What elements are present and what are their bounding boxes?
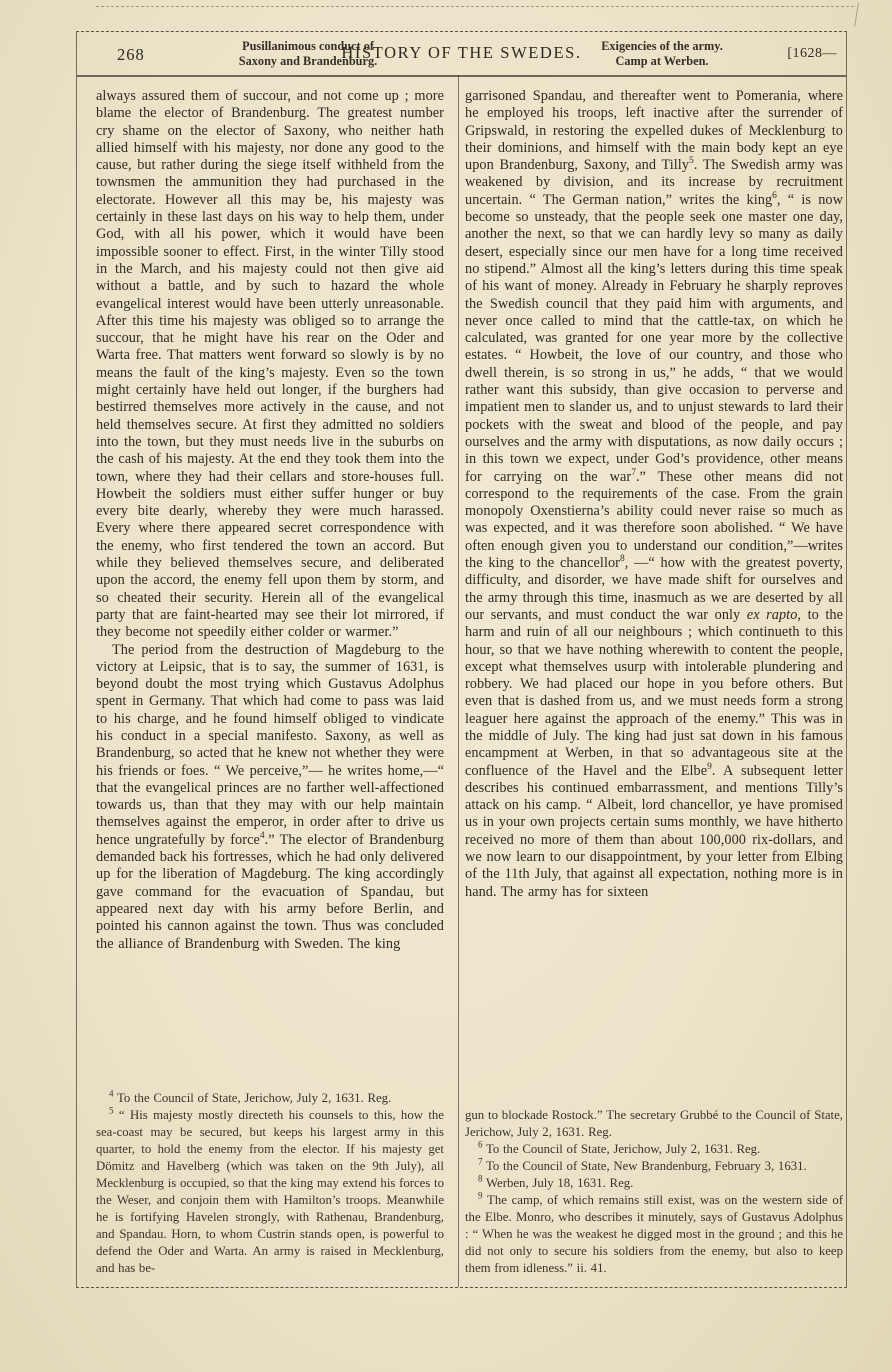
body-paragraph: always assured them of succour, and not … [96, 88, 444, 642]
footnote-text: gun to blockade Rostock.” The secretary … [465, 1108, 843, 1139]
page-frame: 268 Pusillanimous conduct of Saxony and … [76, 31, 847, 1288]
footnote-text: To the Council of State, Jerichow, July … [483, 1142, 761, 1156]
footnote-text: The camp, of which remains still exist, … [465, 1193, 843, 1275]
footnote-item: gun to blockade Rostock.” The secretary … [465, 1107, 843, 1141]
right-column-body: garrisoned Spandau, and thereafter went … [465, 75, 843, 901]
scan-artifact-line [96, 6, 854, 7]
page-header: 268 Pusillanimous conduct of Saxony and … [77, 32, 846, 77]
footnote-text: To the Council of State, Jerichow, July … [114, 1091, 392, 1105]
footnote-text: “ His majesty mostly directeth his couns… [96, 1108, 444, 1275]
footnote-item: 4 To the Council of State, Jerichow, Jul… [96, 1090, 444, 1107]
right-column: garrisoned Spandau, and thereafter went … [465, 75, 843, 1287]
page-background: { "header": { "page_number": "268", "lef… [0, 0, 892, 1372]
footnotes-left: 4 To the Council of State, Jerichow, Jul… [96, 1090, 444, 1277]
footnote-item: 9 The camp, of which remains still exist… [465, 1192, 843, 1277]
edition-year: [1628— [787, 46, 837, 62]
footnote-item: 6 To the Council of State, Jerichow, Jul… [465, 1141, 843, 1158]
running-head-right-line1: Exigencies of the army. [555, 39, 769, 54]
left-column-body: always assured them of succour, and not … [96, 75, 444, 953]
column-divider [458, 75, 459, 1287]
footnotes-right: gun to blockade Rostock.” The secretary … [465, 1107, 843, 1277]
body-paragraph: The period from the destruction of Magde… [96, 642, 444, 953]
scan-artifact-mark [854, 3, 859, 27]
running-head-right-line2: Camp at Werben. [555, 54, 769, 69]
footnote-text: To the Council of State, New Brandenburg… [483, 1159, 807, 1173]
body-paragraph: garrisoned Spandau, and thereafter went … [465, 88, 843, 901]
footnote-text: Werben, July 18, 1631. Reg. [483, 1176, 634, 1190]
footnote-item: 7 To the Council of State, New Brandenbu… [465, 1158, 843, 1175]
footnote-item: 5 “ His majesty mostly directeth his cou… [96, 1107, 444, 1277]
footnote-item: 8 Werben, July 18, 1631. Reg. [465, 1175, 843, 1192]
running-head-right: Exigencies of the army. Camp at Werben. [555, 39, 769, 68]
left-column: always assured them of succour, and not … [96, 75, 444, 1287]
